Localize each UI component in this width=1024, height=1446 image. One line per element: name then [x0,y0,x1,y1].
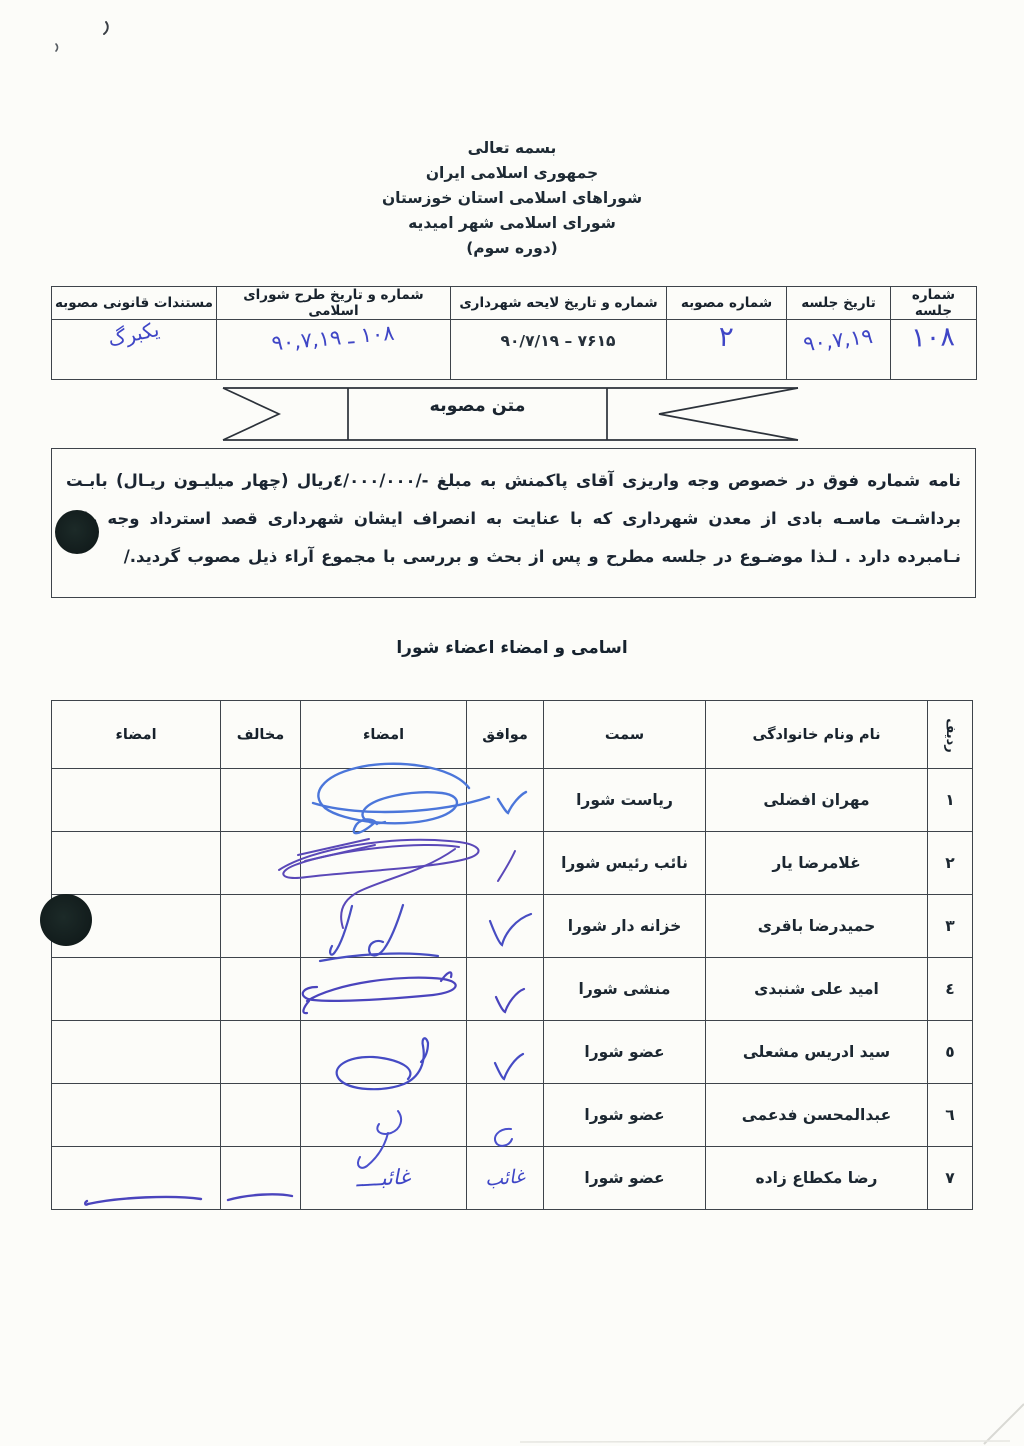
signature-cell [301,832,467,895]
resolution-text: نامه شماره فوق در خصوص وجه واریزی آقای پ… [52,449,975,576]
punch-hole-bottom [40,894,92,946]
agree-cell [467,832,544,895]
col-header-session-date: تاریخ جلسه [787,287,891,320]
agree-cell [467,1084,544,1147]
member-name: غلامرضا یار [706,832,928,895]
member-position: عضو شورا [544,1084,706,1147]
banner-title: متن مصوبه [348,396,607,416]
member-name: عبدالمحسن فدعمی [706,1084,928,1147]
member-row: ٤ امید علی شنبدی منشی شورا [52,958,973,1021]
province-council-line: شوراهای اسلامی استان خوزستان [0,186,1024,211]
besmeleh-line: بسمه تعالی [0,136,1024,161]
col-header-position: سمت [544,701,706,769]
signature-2-cell [52,1147,221,1210]
col-header-resolution-no: شماره مصوبه [667,287,787,320]
oppose-cell [221,1021,301,1084]
member-name: رضا مکطاع زاده [706,1147,928,1210]
col-header-name: نام ونام خانوادگی [706,701,928,769]
resolution-text-box: نامه شماره فوق در خصوص وجه واریزی آقای پ… [51,448,976,598]
col-header-row-no: ردیف [928,701,973,769]
signature-cell [301,958,467,1021]
col-header-oppose: مخالف [221,701,301,769]
signature-cell [301,1084,467,1147]
resolution-no-handwriting: ۲ [665,317,787,356]
member-position: ریاست شورا [544,769,706,832]
country-line: جمهوری اسلامی ایران [0,161,1024,186]
member-name: امید علی شنبدی [706,958,928,1021]
member-position: عضو شورا [544,1147,706,1210]
member-name: مهران افضلی [706,769,928,832]
members-section-title: اسامی و امضاء اعضاء شورا [0,638,1024,658]
col-header-bill: شماره و تاریخ لایحه شهرداری [451,287,667,320]
stray-ink-marks [0,0,140,70]
signature-2-cell [52,769,221,832]
col-header-session-no: شماره جلسه [891,287,977,320]
agree-cell [467,769,544,832]
row-no: ٥ [928,1021,973,1084]
signature-2-cell [52,832,221,895]
signature-cell [301,769,467,832]
scanned-document-page: بسمه تعالی جمهوری اسلامی ایران شوراهای ا… [0,0,1024,1446]
absent-note-agree: غائب [484,1165,525,1190]
oppose-cell [221,769,301,832]
member-row: ٥ سید ادریس مشعلی عضو شورا [52,1021,973,1084]
oppose-cell [221,958,301,1021]
row-no: ٦ [928,1084,973,1147]
member-position: منشی شورا [544,958,706,1021]
row-no: ۷ [928,1147,973,1210]
absent-note-signature: غائبــــ [356,1165,411,1192]
member-row: ٦ عبدالمحسن فدعمی عضو شورا [52,1084,973,1147]
member-position: نائب رئیس شورا [544,832,706,895]
col-header-signature: امضاء [301,701,467,769]
row-no: ۲ [928,832,973,895]
signature-cell: غائبــــ [301,1147,467,1210]
member-row: ۱ مهران افضلی ریاست شورا [52,769,973,832]
member-position: عضو شورا [544,1021,706,1084]
punch-hole-top [55,510,99,554]
signature-cell [301,1021,467,1084]
signature-cell [301,895,467,958]
col-header-plan: شماره و تاریخ طرح شورای اسلامی [217,287,451,320]
member-position: خزانه دار شورا [544,895,706,958]
row-no: ۱ [928,769,973,832]
letterhead: بسمه تعالی جمهوری اسلامی ایران شوراهای ا… [0,136,1024,261]
signature-2-cell [52,958,221,1021]
row-no: ٤ [928,958,973,1021]
signature-2-cell [52,1084,221,1147]
oppose-cell [221,1084,301,1147]
oppose-cell [221,895,301,958]
agree-cell: غائب [467,1147,544,1210]
member-row: ۳ حمیدرضا باقری خزانه دار شورا [52,895,973,958]
signature-2-cell [52,1021,221,1084]
term-line: (دوره سوم) [0,236,1024,261]
member-name: سید ادریس مشعلی [706,1021,928,1084]
agree-cell [467,1021,544,1084]
session-no-handwriting: ۱۰۸ [889,321,976,355]
agree-cell [467,958,544,1021]
row-no-label: ردیف [943,718,958,753]
oppose-cell [221,832,301,895]
row-no: ۳ [928,895,973,958]
members-signature-table: ردیف نام ونام خانوادگی سمت موافق امضاء م… [51,700,973,1210]
col-header-signature-2: امضاء [52,701,221,769]
member-name: حمیدرضا باقری [706,895,928,958]
city-council-line: شورای اسلامی شهر امیدیه [0,211,1024,236]
member-row: ۲ غلامرضا یار نائب رئیس شورا [52,832,973,895]
scan-crease [0,1386,1024,1446]
agree-cell [467,895,544,958]
oppose-cell [221,1147,301,1210]
bill-number-printed: ۷۶۱۵ – ۹۰/۷/۱۹ [450,332,666,350]
col-header-agree: موافق [467,701,544,769]
member-row: ۷ رضا مکطاع زاده عضو شورا غائب غائبــــ [52,1147,973,1210]
